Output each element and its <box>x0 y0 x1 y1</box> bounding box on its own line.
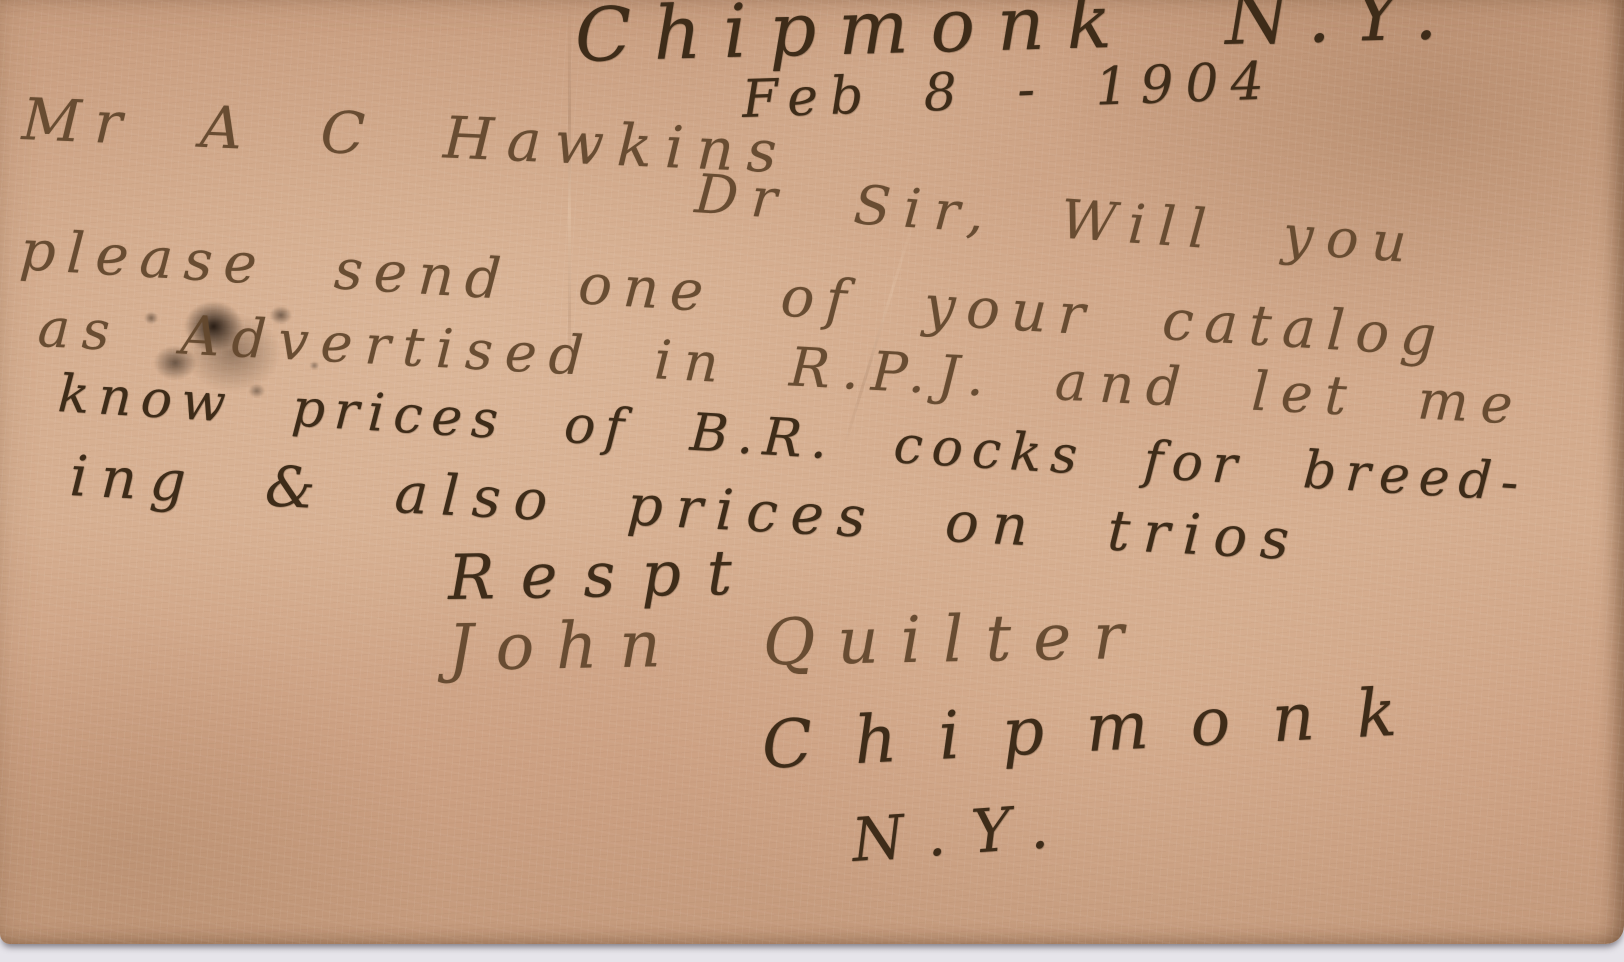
recipient-line: Mr A C Hawkins <box>21 88 791 185</box>
signature-state-line: N.Y. <box>850 793 1077 874</box>
postcard-paper: Chipmonk N.Y. Feb 8 - 1904 Mr A C Hawkin… <box>0 0 1624 944</box>
closing-line: Respt <box>447 539 758 613</box>
postcard-scan: Chipmonk N.Y. Feb 8 - 1904 Mr A C Hawkin… <box>0 0 1624 962</box>
signature-line: John Quilter <box>447 602 1146 685</box>
salutation-line: Dr Sir, Will you <box>693 164 1421 274</box>
signature-place-line: Chipmonk <box>760 675 1440 783</box>
